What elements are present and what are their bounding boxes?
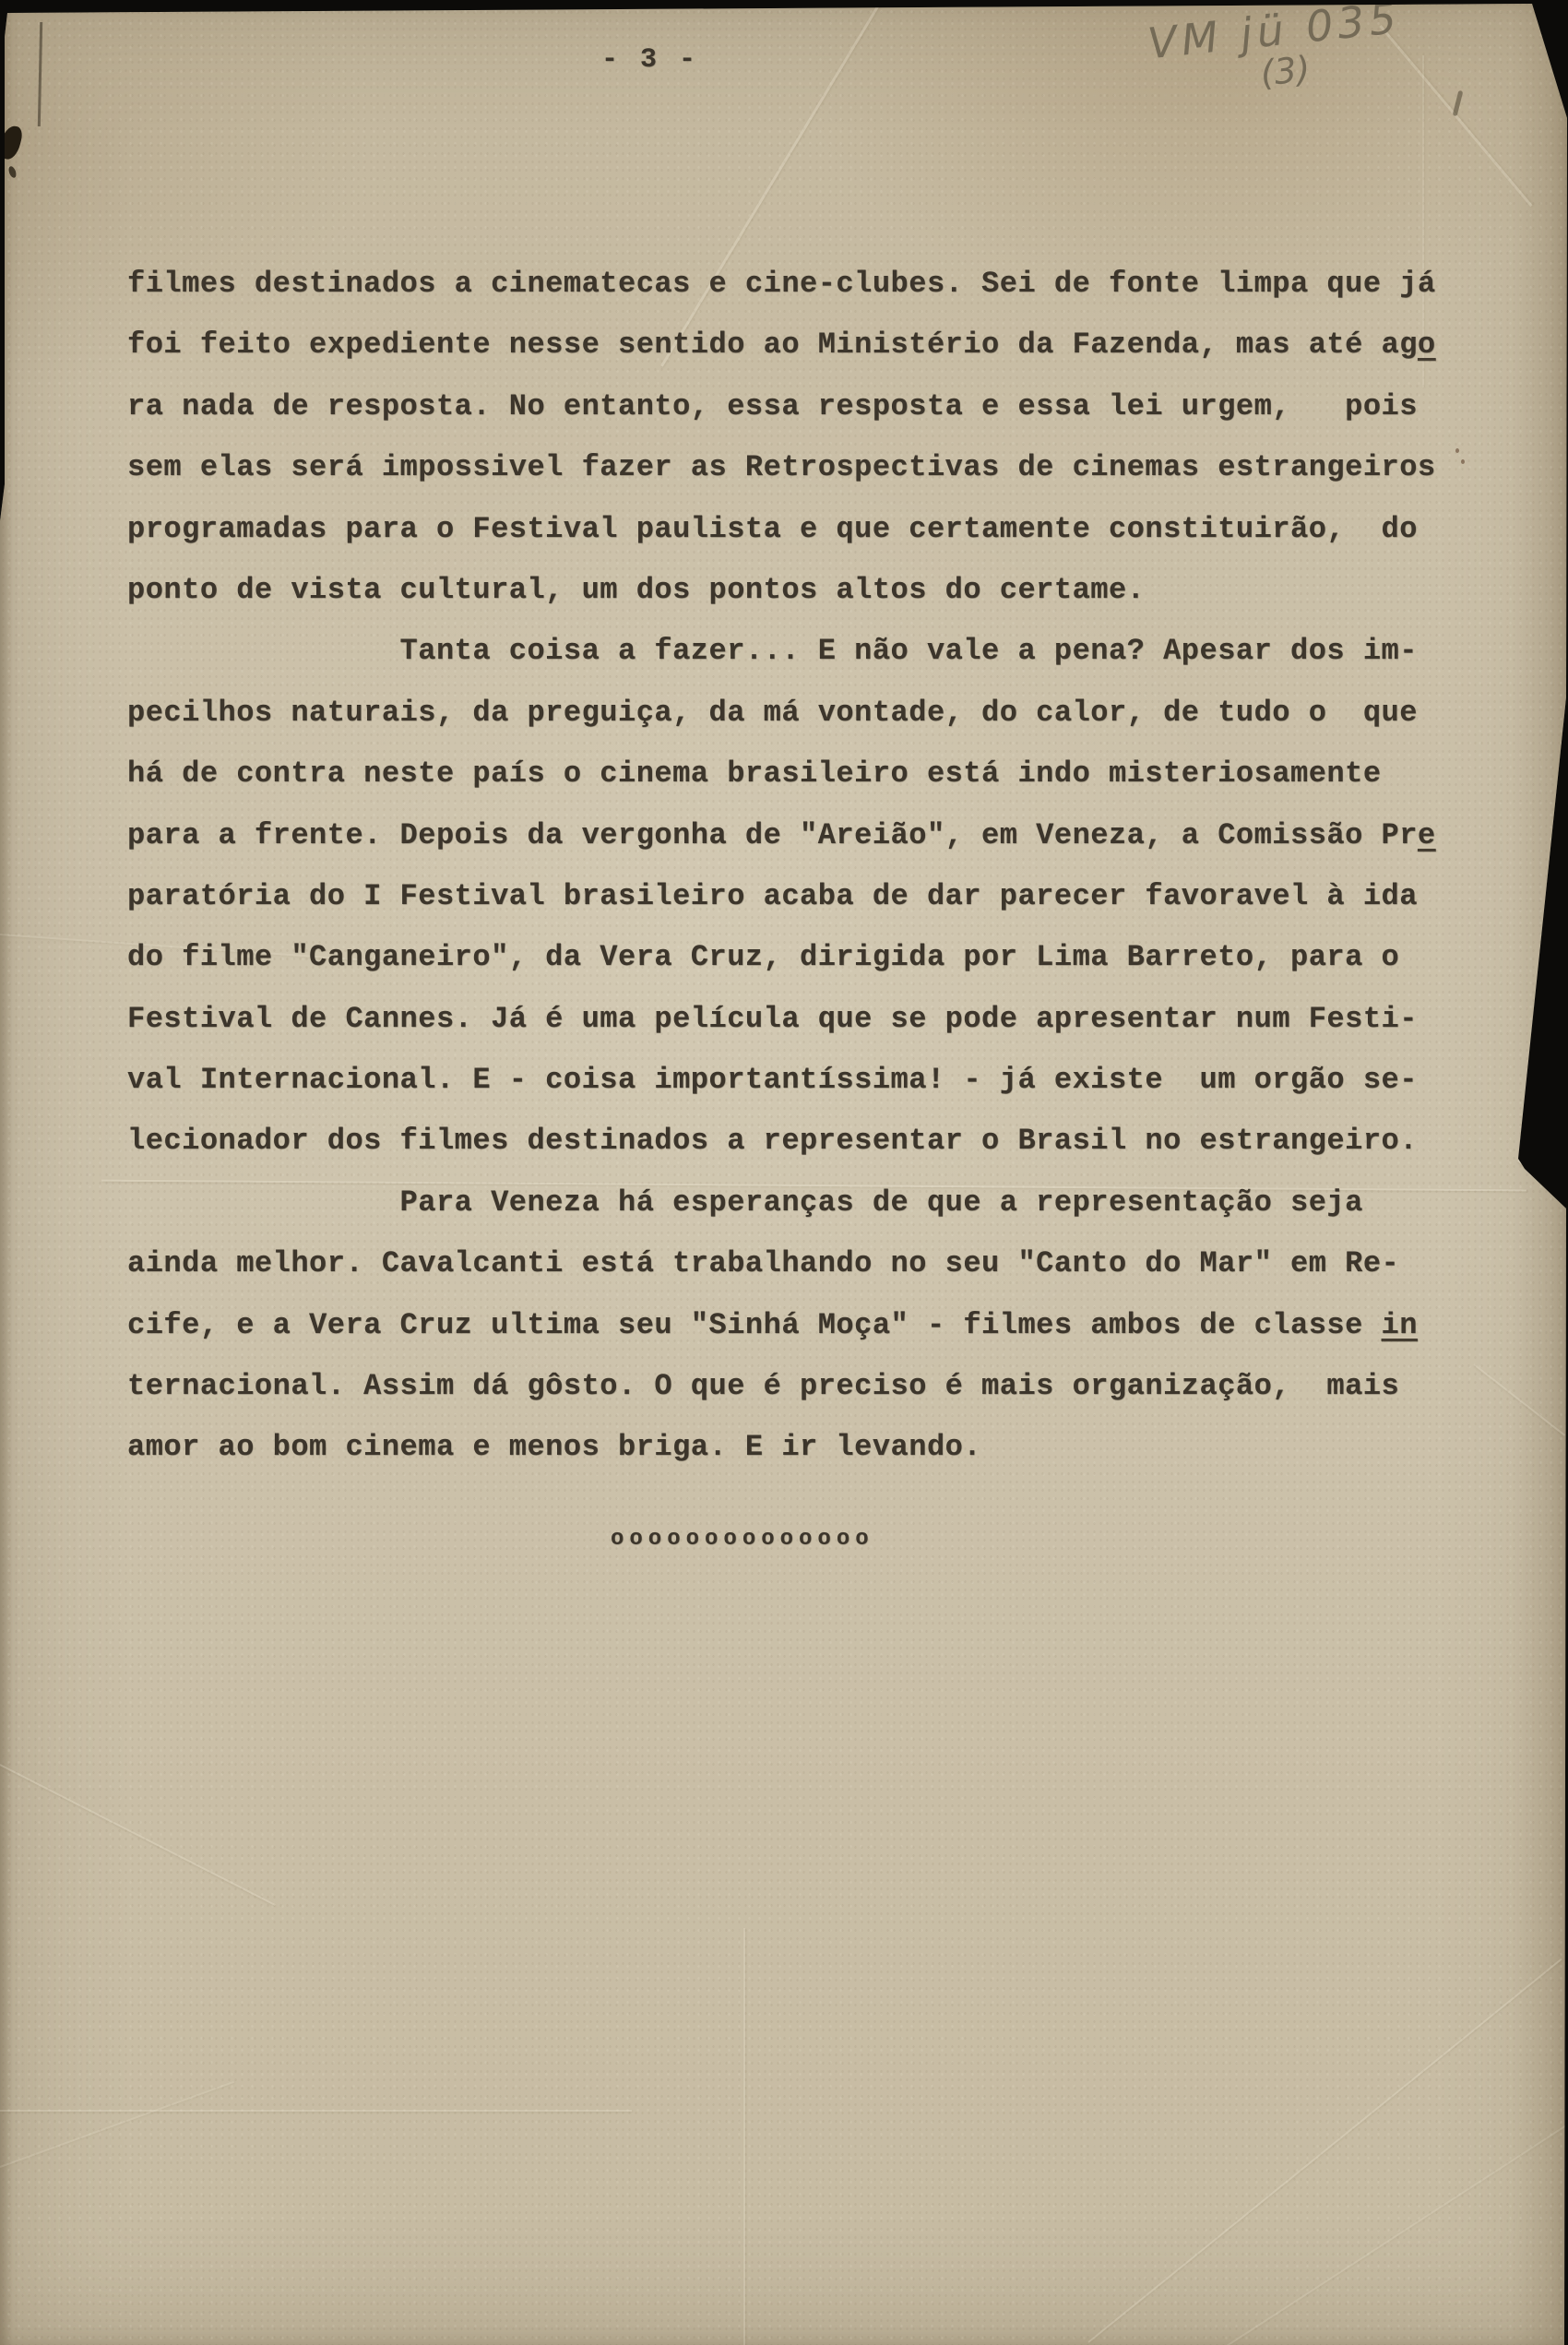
paper-sheet: - 3 - VM jü 035 (3) filmes destinados a … xyxy=(0,0,1568,2345)
ink-blot xyxy=(0,124,24,161)
typed-line: ainda melhor. Cavalcanti está trabalhand… xyxy=(127,1233,1436,1294)
typed-line: há de contra neste país o cinema brasile… xyxy=(127,744,1436,804)
typed-line: Festival de Cannes. Já é uma película qu… xyxy=(127,989,1436,1050)
ink-speck xyxy=(1461,459,1465,464)
typed-line: foi feito expediente nesse sentido ao Mi… xyxy=(127,315,1436,375)
typed-line: cife, e a Vera Cruz ultima seu "Sinhá Mo… xyxy=(127,1295,1436,1356)
crease-fold xyxy=(1226,2084,1568,2345)
scanned-document: - 3 - VM jü 035 (3) filmes destinados a … xyxy=(0,0,1568,2345)
typed-line: ra nada de resposta. No entanto, essa re… xyxy=(127,376,1436,437)
typed-line: lecionador dos filmes destinados a repre… xyxy=(127,1111,1436,1172)
typed-line: Para Veneza há esperanças de que a repre… xyxy=(127,1172,1436,1233)
crease-fold xyxy=(0,2081,234,2168)
typed-text: filmes destinados a cinematecas e cine-c… xyxy=(127,254,1436,1479)
typed-line: filmes destinados a cinematecas e cine-c… xyxy=(127,254,1436,315)
typed-line: do filme "Canganeiro", da Vera Cruz, dir… xyxy=(127,927,1436,988)
crease-fold xyxy=(743,1928,745,2345)
crease-fold xyxy=(0,2110,632,2112)
typed-line: Tanta coisa a fazer... E não vale a pena… xyxy=(127,621,1436,682)
page-number: - 3 - xyxy=(601,44,698,76)
typed-line: pecilhos naturais, da preguiça, da má vo… xyxy=(127,683,1436,744)
typed-line: ternacional. Assim dá gôsto. O que é pre… xyxy=(127,1356,1436,1417)
typed-line: paratória do I Festival brasileiro acaba… xyxy=(127,866,1436,927)
pencil-mark xyxy=(38,22,42,126)
ink-blot-tail xyxy=(7,165,18,179)
crease-fold xyxy=(1087,1958,1562,2343)
crease-fold xyxy=(1473,1363,1565,1436)
crease-fold xyxy=(1517,1159,1556,1188)
separator-dots: oooooooooooooo xyxy=(611,1527,874,1552)
handwritten-annotation: VM jü 035 (3) xyxy=(1146,0,1407,105)
typed-line: programadas para o Festival paulista e q… xyxy=(127,499,1436,560)
typed-line: sem elas será impossivel fazer as Retros… xyxy=(127,437,1436,498)
typed-line: val Internacional. E - coisa importantís… xyxy=(127,1050,1436,1111)
typed-line: ponto de vista cultural, um dos pontos a… xyxy=(127,560,1436,621)
crease-fold xyxy=(0,1764,276,1906)
typed-line: para a frente. Depois da vergonha de "Ar… xyxy=(127,805,1436,866)
pencil-tick-mark xyxy=(1453,90,1464,116)
ink-speck xyxy=(1455,448,1459,453)
typed-line: amor ao bom cinema e menos briga. E ir l… xyxy=(127,1417,1436,1478)
